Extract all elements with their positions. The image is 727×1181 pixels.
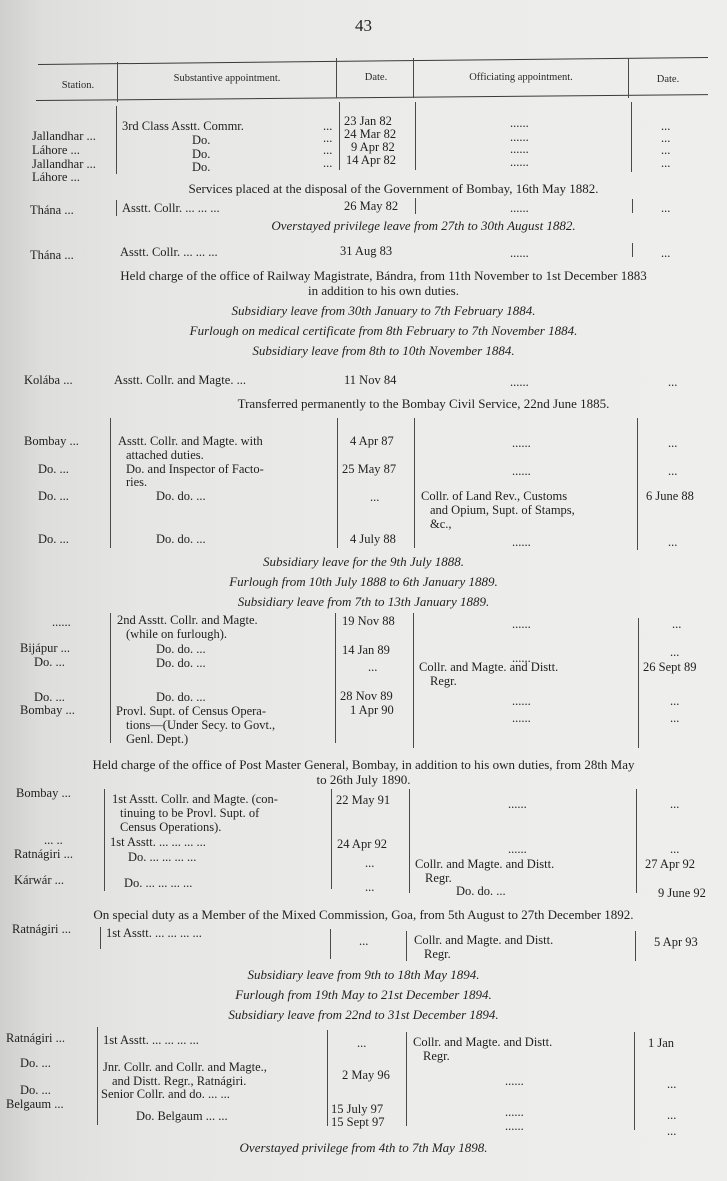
col-divider — [335, 613, 336, 743]
date-cell: 23 Jan 82 — [344, 114, 392, 128]
station-cell: Do. ... — [20, 1083, 51, 1097]
date2-cell: ... — [668, 375, 677, 389]
date-cell: 2 May 96 — [342, 1068, 390, 1082]
date2-cell: ... — [661, 143, 670, 157]
substantive-cell-cont: Genl. Dept.) — [126, 732, 188, 746]
officiating-cell: ...... — [512, 535, 531, 549]
col-divider — [110, 418, 111, 548]
charge-note-cont: to 26th July 1890. — [0, 772, 727, 787]
officiating-cell: ...... — [512, 617, 531, 631]
date-cell: ... — [370, 490, 379, 504]
officiating-cell: ...... — [512, 464, 531, 478]
officiating-cell: ...... — [510, 246, 529, 260]
officiating-cell: ...... — [508, 797, 527, 811]
station-cell: Bombay ... — [24, 434, 79, 448]
col-divider — [413, 58, 414, 98]
transfer-note: Transferred permanently to the Bombay Ci… — [0, 396, 727, 411]
officiating-cell: ...... — [512, 436, 531, 450]
col-divider — [406, 1032, 407, 1126]
col-divider — [339, 102, 340, 170]
date-cell: 11 Nov 84 — [344, 373, 396, 387]
date2-cell: ... — [670, 842, 679, 856]
station-cell: Bombay ... — [16, 786, 71, 800]
substantive-cell: Do. do. ... — [156, 532, 206, 546]
col-divider — [409, 789, 410, 893]
substantive-cell: Do. — [192, 160, 210, 174]
date2-cell: ... — [661, 246, 670, 260]
substantive-cell: Provl. Supt. of Census Opera- — [116, 704, 266, 718]
substantive-cell-cont: tinuing to be Provl. Supt. of — [120, 806, 259, 820]
date-cell: 4 July 88 — [350, 532, 396, 546]
substantive-cell-cont: Census Operations). — [120, 820, 221, 834]
date2-cell: 26 Sept 89 — [643, 660, 696, 674]
date-cell: 1 Apr 90 — [350, 703, 394, 717]
charge-note-cont: in addition to his own duties. — [0, 283, 727, 298]
officiating-cell: ...... — [505, 1119, 524, 1133]
date2-cell: ... — [667, 1108, 676, 1122]
date-cell: 31 Aug 83 — [340, 244, 392, 258]
date2-cell: 27 Apr 92 — [645, 857, 695, 871]
header-bottom-rule — [36, 94, 708, 101]
substantive-cell-cont: and Distt. Regr., Ratnágiri. — [112, 1074, 246, 1088]
leave-note: Subsidiary leave from 22nd to 31st Decem… — [0, 1007, 727, 1022]
station-cell: Kárwár ... — [14, 873, 64, 887]
charge-note: Held charge of the office of Post Master… — [0, 757, 727, 772]
date-cell: ... — [368, 660, 377, 674]
date-cell: 19 Nov 88 — [342, 614, 395, 628]
leave-note: Subsidiary leave from 8th to 10th Novemb… — [0, 343, 727, 358]
date-cell: ... — [357, 1036, 366, 1050]
col-divider — [110, 613, 111, 743]
station-cell: Kolába ... — [24, 373, 73, 387]
col-divider — [414, 418, 415, 548]
substantive-cell: Do. — [192, 147, 210, 161]
col-divider — [100, 927, 101, 949]
officiating-cell: Collr. of Land Rev., Customs — [421, 489, 567, 503]
station-cell: Ratnágiri ... — [14, 847, 73, 861]
officiating-cell-cont: Regr. — [424, 947, 451, 961]
substantive-cell: 1st Asstt. Collr. and Magte. (con- — [112, 792, 278, 806]
substantive-cell: Asstt. Collr. ... ... ... — [120, 245, 218, 259]
station-cell: Ratnágiri ... — [6, 1031, 65, 1045]
header-substantive: Substantive appointment. — [118, 73, 336, 84]
col-divider — [415, 102, 416, 170]
col-divider — [116, 106, 117, 174]
leave-note: Subsidiary leave from 9th to 18th May 18… — [0, 967, 727, 982]
col-divider — [413, 613, 414, 748]
station-cell: Jallandhar ... — [32, 129, 96, 143]
substantive-cell-cont: ries. — [126, 475, 147, 489]
col-divider — [104, 789, 105, 891]
date2-cell: ... — [668, 535, 677, 549]
col-divider — [336, 58, 337, 98]
substantive-cell: 1st Asstt. ... ... ... ... — [103, 1033, 199, 1047]
col-divider — [331, 789, 332, 889]
col-divider — [634, 1032, 635, 1130]
date-cell: ... — [365, 880, 374, 894]
officiating-cell: ...... — [510, 116, 529, 130]
service-note: Services placed at the disposal of the G… — [0, 181, 727, 196]
date2-cell: ... — [661, 201, 670, 215]
substantive-cell: Asstt. Collr. and Magte. with — [118, 434, 263, 448]
station-cell: ...... — [52, 615, 71, 629]
station-cell: Thána ... — [30, 248, 74, 262]
header-officiating: Officiating appointment. — [414, 72, 628, 83]
substantive-cell: 1st Asstt. ... ... ... ... — [110, 835, 206, 849]
officiating-cell-cont: &c., — [430, 517, 452, 531]
col-divider — [330, 929, 331, 959]
leave-note: Subsidiary leave from 7th to 13th Januar… — [0, 594, 727, 609]
date-cell: ... — [365, 856, 374, 870]
substantive-cell: Senior Collr. and do. ... ... — [101, 1087, 230, 1101]
date-cell: 24 Apr 92 — [337, 837, 387, 851]
officiating-cell-cont: Regr. — [425, 871, 452, 885]
date-cell: 26 May 82 — [344, 199, 398, 213]
date2-cell: 6 June 88 — [646, 489, 694, 503]
date2-cell: ... — [668, 464, 677, 478]
header-date1: Date. — [338, 72, 414, 83]
date-cell: 14 Apr 82 — [346, 153, 396, 167]
date2-cell: 5 Apr 93 — [654, 935, 698, 949]
officiating-cell: ...... — [505, 1105, 524, 1119]
substantive-cell-cont: (while on furlough). — [126, 627, 227, 641]
date2-cell: 9 June 92 — [658, 886, 706, 900]
substantive-cell: Jnr. Collr. and Collr. and Magte., — [103, 1060, 267, 1074]
station-cell: ... .. — [44, 833, 63, 847]
furlough-note: Furlough from 19th May to 21st December … — [0, 987, 727, 1002]
col-divider — [406, 931, 407, 961]
substantive-cell: Asstt. Collr. and Magte. ... — [114, 373, 246, 387]
col-divider — [632, 199, 633, 213]
col-divider — [631, 102, 632, 172]
officiating-cell: ...... — [510, 155, 529, 169]
date2-cell: ... — [668, 436, 677, 450]
col-divider — [117, 62, 118, 102]
col-divider — [116, 200, 117, 216]
station-cell: Belgaum ... — [6, 1097, 64, 1111]
substantive-cell: Do. do. ... — [156, 656, 206, 670]
substantive-cell: Do. ... ... ... ... — [128, 850, 196, 864]
date2-cell: ... — [670, 797, 679, 811]
date-cell: 22 May 91 — [336, 793, 390, 807]
substantive-cell: Do. do. ... — [156, 642, 206, 656]
date-cell: 15 July 97 — [331, 1102, 383, 1116]
station-cell: Do. ... — [34, 655, 65, 669]
date2-cell: ... — [672, 617, 681, 631]
officiating-cell: Collr. and Magte. and Distt. — [419, 660, 558, 674]
charge-note: Held charge of the office of Railway Mag… — [0, 268, 727, 283]
leave-note: Overstayed privilege leave from 27th to … — [0, 218, 727, 233]
officiating-cell-cont: and Opium, Supt. of Stamps, — [430, 503, 575, 517]
col-divider — [638, 618, 639, 748]
date-cell: 14 Jan 89 — [342, 643, 390, 657]
col-divider — [635, 931, 636, 961]
date2-cell: ... — [670, 711, 679, 725]
dots: ... — [323, 156, 332, 170]
col-divider — [327, 1030, 328, 1126]
col-divider — [628, 58, 629, 98]
furlough-note: Furlough from 10th July 1888 to 6th Janu… — [0, 574, 727, 589]
officiating-cell: ...... — [510, 375, 529, 389]
date2-cell: ... — [667, 1077, 676, 1091]
date-cell: 25 May 87 — [342, 462, 396, 476]
substantive-cell: Do. Belgaum ... ... — [136, 1109, 228, 1123]
col-divider — [632, 243, 633, 257]
substantive-cell: Do. do. ... — [156, 489, 206, 503]
officiating-cell-cont: Regr. — [430, 674, 457, 688]
station-cell: Do. ... — [38, 532, 69, 546]
officiating-cell: Collr. and Magte. and Distt. — [414, 933, 553, 947]
substantive-cell: Do. do. ... — [156, 690, 206, 704]
officiating-cell: ...... — [508, 842, 527, 856]
special-duty-note: On special duty as a Member of the Mixed… — [0, 907, 727, 922]
col-divider — [637, 418, 638, 550]
furlough-note: Furlough on medical certificate from 8th… — [0, 323, 727, 338]
officiating-cell: ...... — [512, 694, 531, 708]
leave-note: Overstayed privilege from 4th to 7th May… — [0, 1140, 727, 1155]
officiating-cell: ...... — [512, 711, 531, 725]
date-cell: 9 Apr 82 — [351, 140, 395, 154]
station-cell: Bijápur ... — [20, 641, 70, 655]
substantive-cell-cont: tions—(Under Secy. to Govt., — [126, 718, 275, 732]
header-date2: Date. — [630, 74, 706, 85]
officiating-cell-cont: Regr. — [423, 1049, 450, 1063]
dots: ... — [323, 143, 332, 157]
substantive-cell: 1st Asstt. ... ... ... ... — [106, 926, 202, 940]
officiating-cell: Collr. and Magte. and Distt. — [413, 1035, 552, 1049]
substantive-cell: Do. and Inspector of Facto- — [126, 462, 264, 476]
date2-cell: 1 Jan — [648, 1036, 674, 1050]
header-top-rule — [38, 57, 708, 65]
col-divider — [337, 418, 338, 548]
leave-note: Subsidiary leave from 30th January to 7t… — [0, 303, 727, 318]
officiating-cell: Do. do. ... — [456, 884, 506, 898]
leave-note: Subsidiary leave for the 9th July 1888. — [0, 554, 727, 569]
date2-cell: ... — [670, 694, 679, 708]
substantive-cell: 3rd Class Asstt. Commr. — [122, 119, 244, 133]
date2-cell: ... — [670, 645, 679, 659]
station-cell: Bombay ... — [20, 703, 75, 717]
substantive-cell: 2nd Asstt. Collr. and Magte. — [117, 613, 258, 627]
station-cell: Láhore ... — [32, 143, 80, 157]
officiating-cell: ...... — [510, 201, 529, 215]
station-cell: Jallandhar ... — [32, 157, 96, 171]
col-divider — [636, 789, 637, 893]
col-divider — [97, 1027, 98, 1125]
substantive-cell: Do. — [192, 133, 210, 147]
station-cell: Ratnágiri ... — [12, 922, 71, 936]
officiating-cell: ...... — [505, 1074, 524, 1088]
station-cell: Do. ... — [38, 462, 69, 476]
station-cell: Thána ... — [30, 203, 74, 217]
date-cell: ... — [359, 934, 368, 948]
officiating-cell: Collr. and Magte. and Distt. — [415, 857, 554, 871]
date-cell: 28 Nov 89 — [340, 689, 393, 703]
date-cell: 4 Apr 87 — [350, 434, 394, 448]
substantive-cell: Asstt. Collr. ... ... ... — [122, 201, 220, 215]
station-cell: Do. ... — [38, 489, 69, 503]
header-station: Station. — [38, 80, 118, 91]
date2-cell: ... — [661, 156, 670, 170]
station-cell: Do. ... — [20, 1056, 51, 1070]
officiating-cell: ...... — [510, 142, 529, 156]
col-divider — [415, 198, 416, 214]
station-cell: Do. ... — [34, 690, 65, 704]
substantive-cell: Do. ... ... ... ... — [124, 876, 192, 890]
date-cell: 24 Mar 82 — [344, 127, 396, 141]
date2-cell: ... — [667, 1124, 676, 1138]
page-number: 43 — [0, 16, 727, 36]
substantive-cell-cont: attached duties. — [126, 448, 204, 462]
date-cell: 15 Sept 97 — [331, 1115, 384, 1129]
